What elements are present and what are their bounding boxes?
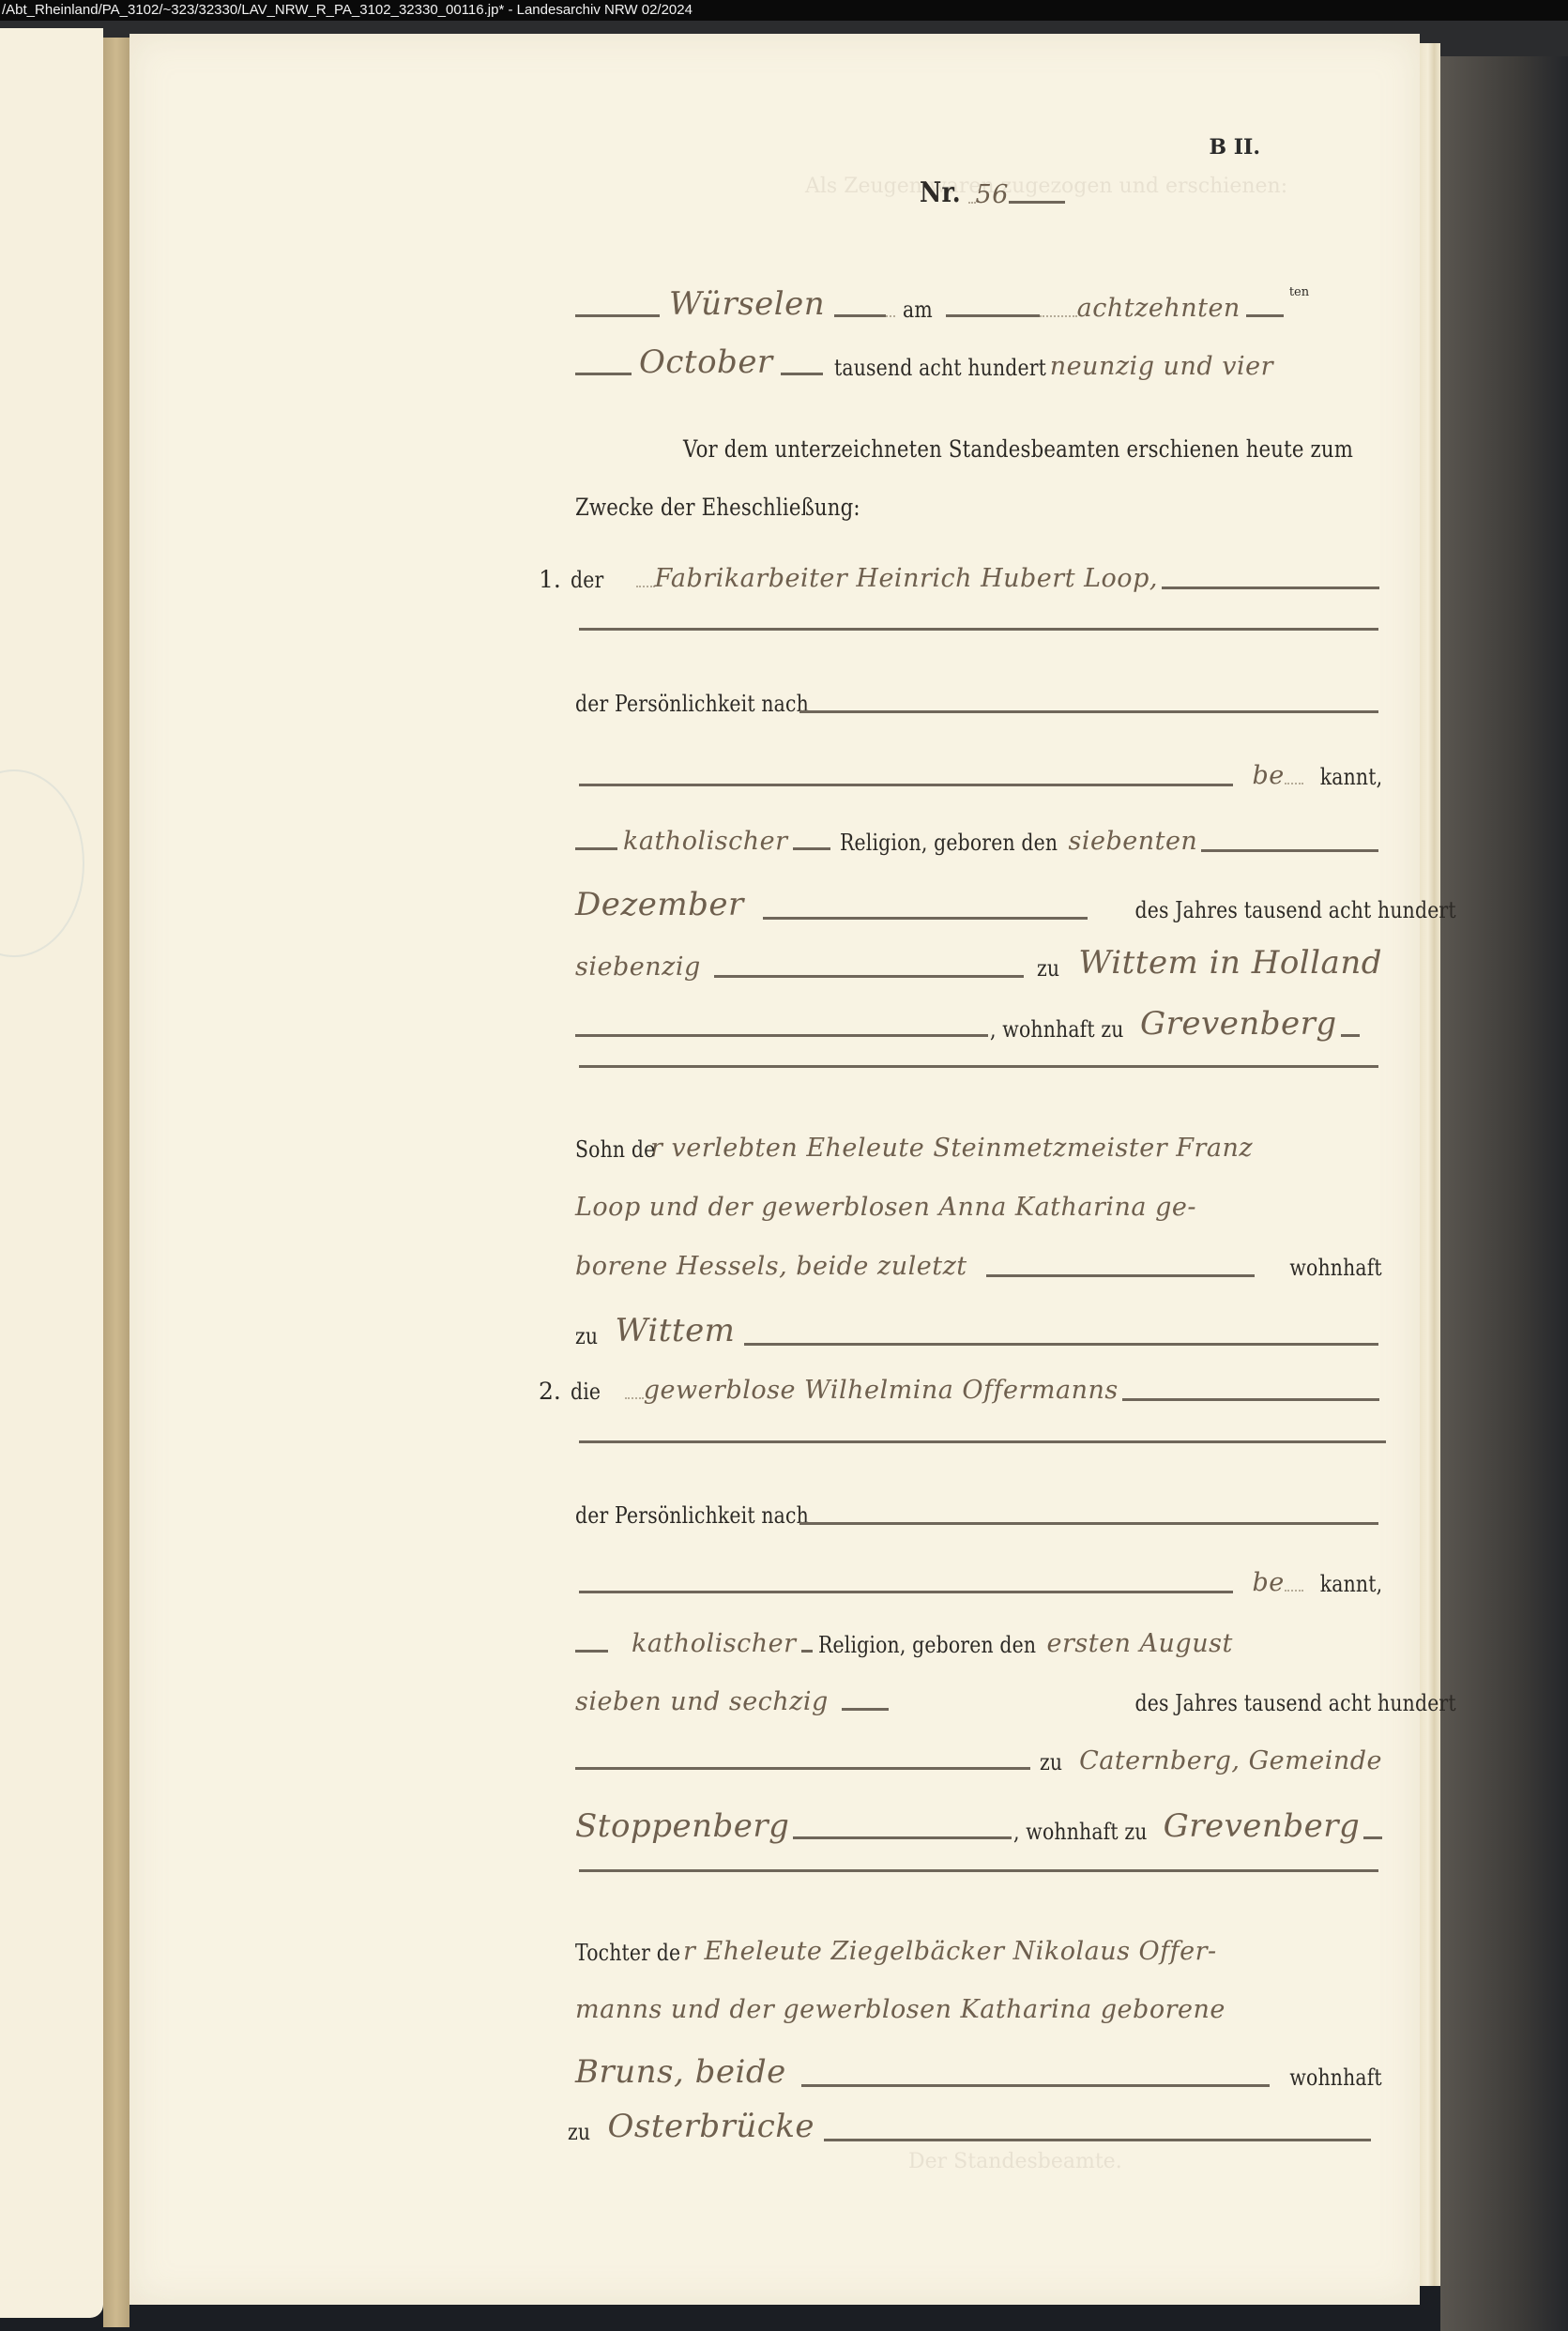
bride-known-prefix: be — [1252, 1568, 1284, 1597]
intro-text: Vor dem unterzeichneten Standesbeamten e… — [683, 435, 1353, 463]
groom-year-label: des Jahres tausend acht hundert — [1135, 897, 1383, 923]
fill-line — [744, 1342, 1378, 1346]
bride-parents-residence-label: wohnhaft — [1290, 2064, 1382, 2091]
month: October — [639, 343, 773, 381]
fill-line — [1162, 586, 1379, 589]
intro-line-2: Zwecke der Eheschließung: — [575, 494, 910, 521]
fill-line — [801, 1650, 813, 1653]
bride-birthplace-label: zu — [1040, 1749, 1062, 1775]
previous-page-edge — [0, 28, 103, 2318]
groom-parents-line-1: r verlebten Eheleute Steinmetzmeister Fr… — [650, 1134, 1253, 1163]
groom-parents-row-2: Loop und der gewerblosen Anna Katharina … — [575, 1193, 1382, 1222]
day-suffix: ten — [1289, 285, 1309, 299]
dotted-leader — [968, 202, 976, 204]
bride-religion-label: Religion, geboren den — [818, 1632, 1022, 1658]
bride-parents-residence-prefix: zu — [568, 2119, 590, 2145]
bride-parents-line-2: manns und der gewerblosen Katharina gebo… — [575, 1995, 1225, 2024]
place-date-row: Würselen am achtzehnten ten — [575, 285, 1382, 323]
fill-line — [946, 314, 1040, 317]
bride-name-row: 2. die gewerblose Wilhelmina Offermanns — [539, 1376, 1383, 1405]
intro-text: Zwecke der Eheschließung: — [575, 494, 860, 521]
bride-residence: Grevenberg — [1164, 1807, 1361, 1845]
groom-identity-row: der Persönlichkeit nach — [575, 691, 1382, 717]
bride-parents-row-2: manns und der gewerblosen Katharina gebo… — [575, 1995, 1382, 2024]
bride-known-row: be kannt, — [575, 1568, 1382, 1597]
bride-birth-day: ersten August — [1046, 1629, 1232, 1658]
groom-religion-row: katholischer Religion, geboren den siebe… — [575, 827, 1382, 856]
fill-line — [579, 1440, 1386, 1443]
date-label-am: am — [903, 297, 933, 323]
fill-line — [986, 1273, 1256, 1277]
fill-line — [575, 373, 632, 375]
bride-parents-residence-row: zu Osterbrücke — [568, 2108, 1375, 2145]
registry-place: Würselen — [669, 285, 825, 323]
fill-line — [579, 1064, 1378, 1068]
fill-line — [793, 1836, 1011, 1839]
fill-line — [575, 1767, 1030, 1770]
groom-birthplace: Wittem in Holland — [1078, 944, 1382, 982]
bride-birthplace-line-2: Stoppenberg — [575, 1807, 789, 1845]
groom-birth-year: siebenzig — [575, 952, 701, 982]
book-gutter — [103, 38, 129, 2327]
groom-parents-residence-row: zu Wittem — [575, 1312, 1382, 1349]
groom-birth-month: Dezember — [575, 886, 744, 923]
bride-religion-row: katholischer Religion, geboren den erste… — [575, 1629, 1382, 1658]
fill-line — [1363, 1836, 1382, 1839]
fill-line — [801, 2083, 1270, 2087]
groom-birth-year-row: siebenzig zu Wittem in Holland — [575, 944, 1382, 982]
record-number-label: Nr. — [920, 176, 961, 209]
fill-line — [1201, 848, 1378, 852]
fill-line — [824, 2138, 1371, 2141]
groom-name-occupation: Fabrikarbeiter Heinrich Hubert Loop, — [655, 564, 1158, 593]
bride-residence-label: , wohnhaft zu — [1013, 1819, 1141, 1845]
fill-line — [575, 847, 617, 850]
groom-parents-line-2: Loop und der gewerblosen Anna Katharina … — [575, 1193, 1196, 1222]
bride-year-label: des Jahres tausend acht hundert — [1135, 1690, 1383, 1716]
fill-line — [579, 1868, 1378, 1872]
groom-known-row: be kannt, — [575, 761, 1382, 790]
bride-birthplace-line-1: Caternberg, Gemeinde — [1079, 1746, 1382, 1775]
bride-identity-label: der Persönlichkeit nach — [575, 1502, 763, 1529]
bleed-through-text: Der Standesbeamte. — [908, 2150, 1122, 2173]
dotted-leader — [1040, 315, 1077, 317]
groom-parents-line-3: borene Hessels, beide zuletzt — [575, 1252, 967, 1281]
groom-name-row: 1. der Fabrikarbeiter Heinrich Hubert Lo… — [539, 564, 1383, 593]
groom-parents-row-3: borene Hessels, beide zuletzt wohnhaft — [575, 1252, 1382, 1281]
fill-line — [575, 1650, 608, 1653]
groom-residence-label: , wohnhaft zu — [990, 1016, 1118, 1043]
bride-parents-line-1: r Eheleute Ziegelbäcker Nikolaus Offer- — [683, 1937, 1217, 1966]
form-code: B II. — [1210, 135, 1261, 160]
fill-line — [579, 783, 1233, 786]
bride-known-suffix: kannt, — [1319, 1571, 1382, 1597]
book-cover-edge — [1440, 56, 1568, 2331]
month-year-row: October tausend acht hundert neunzig und… — [575, 343, 1382, 381]
groom-birth-day: siebenten — [1068, 827, 1197, 856]
fill-line — [799, 1521, 1378, 1525]
groom-parents-label: Sohn de — [575, 1136, 639, 1163]
fill-line — [1122, 1397, 1379, 1401]
day-written: achtzehnten — [1077, 294, 1241, 323]
register-page: Als Zeugen waren zugezogen und erschiene… — [129, 34, 1420, 2305]
dotted-leader — [625, 1397, 644, 1399]
fill-line — [575, 314, 660, 317]
groom-parents-residence-prefix: zu — [575, 1323, 598, 1349]
fill-line — [1341, 1034, 1360, 1037]
bride-blank-line — [575, 1440, 1390, 1447]
groom-known-prefix: be — [1252, 761, 1284, 790]
groom-known-suffix: kannt, — [1319, 764, 1382, 790]
bride-birthplace-row: zu Caternberg, Gemeinde — [575, 1746, 1382, 1775]
bride-parents-residence: Osterbrücke — [608, 2108, 815, 2145]
bride-birth-year: sieben und sechzig — [575, 1687, 829, 1716]
fill-line — [799, 709, 1378, 713]
groom-parents-residence-label: wohnhaft — [1290, 1255, 1382, 1281]
fill-line — [793, 847, 830, 850]
groom-parents-residence: Wittem — [616, 1312, 736, 1349]
bride-residence-row: Stoppenberg , wohnhaft zu Grevenberg — [575, 1807, 1382, 1845]
groom-religion-label: Religion, geboren den — [840, 830, 1043, 856]
groom-birth-month-row: Dezember des Jahres tausend acht hundert — [575, 886, 1382, 923]
record-number-row: Nr. 56 — [920, 176, 1065, 209]
page-stack-edge — [1420, 43, 1440, 2286]
bride-religion: katholischer — [632, 1629, 796, 1658]
year-written: neunzig und vier — [1050, 352, 1273, 381]
intro-line-1: Vor dem unterzeichneten Standesbeamten e… — [683, 435, 1471, 463]
bride-parents-row-1: Tochter de r Eheleute Ziegelbäcker Nikol… — [575, 1937, 1382, 1966]
fill-line — [575, 1034, 988, 1037]
groom-article: der — [571, 567, 603, 593]
groom-parents-row-1: Sohn de r verlebten Eheleute Steinmetzme… — [575, 1134, 1382, 1163]
fill-line — [579, 627, 1378, 631]
bride-parents-line-3: Bruns, beide — [575, 2053, 786, 2091]
groom-residence: Grevenberg — [1140, 1005, 1337, 1043]
groom-birthplace-label: zu — [1037, 955, 1059, 982]
groom-religion: katholischer — [623, 827, 787, 856]
groom-identity-label: der Persönlichkeit nach — [575, 691, 763, 717]
fill-line — [781, 373, 823, 375]
record-number: 56 — [976, 180, 1009, 209]
fill-line — [579, 1590, 1233, 1593]
bride-blank-line-2 — [575, 1868, 1382, 1876]
dotted-leader — [886, 315, 895, 317]
fill-line — [1009, 201, 1065, 204]
window-title: /Abt_Rheinland/PA_3102/~323/32330/LAV_NR… — [2, 2, 693, 18]
bride-parents-row-3: Bruns, beide wohnhaft — [575, 2053, 1382, 2091]
bride-birth-year-row: sieben und sechzig des Jahres tausend ac… — [575, 1687, 1382, 1716]
window-title-bar: /Abt_Rheinland/PA_3102/~323/32330/LAV_NR… — [0, 0, 1568, 21]
dotted-leader — [636, 586, 655, 587]
fill-line — [763, 916, 1088, 920]
groom-blank-line — [575, 627, 1382, 634]
fill-line — [714, 974, 1024, 978]
year-prefix: tausend acht hundert — [834, 355, 1042, 381]
bride-identity-row: der Persönlichkeit nach — [575, 1502, 1382, 1529]
dotted-leader — [1285, 783, 1303, 785]
groom-number: 1. — [539, 566, 561, 593]
faint-seal-stamp — [0, 769, 84, 957]
groom-residence-row: , wohnhaft zu Grevenberg — [575, 1005, 1382, 1043]
bride-article: die — [571, 1379, 601, 1405]
bride-name-occupation: gewerblose Wilhelmina Offermanns — [644, 1376, 1119, 1405]
bride-parents-label: Tochter de — [575, 1940, 667, 1966]
fill-line — [842, 1708, 889, 1711]
bride-number: 2. — [539, 1378, 561, 1405]
dotted-leader — [1285, 1590, 1303, 1592]
fill-line — [834, 314, 886, 317]
groom-blank-line-2 — [575, 1064, 1382, 1072]
fill-line — [1246, 314, 1284, 317]
